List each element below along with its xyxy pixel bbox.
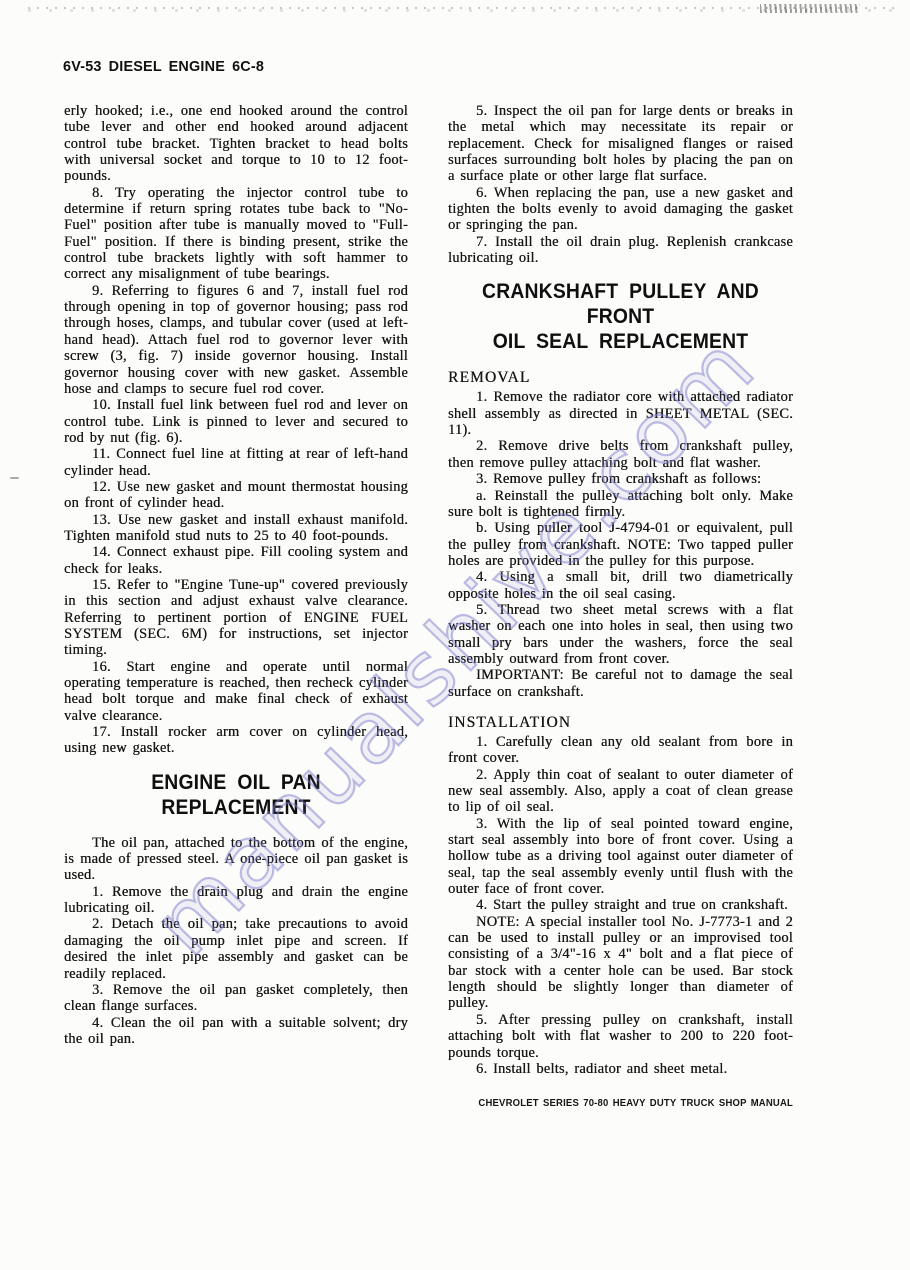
- paragraph: 15. Refer to "Engine Tune-up" covered pr…: [64, 577, 408, 659]
- paragraph: 5. After pressing pulley on crankshaft, …: [448, 1012, 793, 1061]
- paragraph: IMPORTANT: Be careful not to damage the …: [448, 667, 793, 700]
- paragraph: 13. Use new gasket and install exhaust m…: [64, 512, 408, 545]
- paragraph: 4. Using a small bit, drill two diametri…: [448, 569, 793, 602]
- paragraph: 2. Apply thin coat of sealant to outer d…: [448, 767, 793, 816]
- paragraph: 4. Start the pulley straight and true on…: [448, 897, 793, 913]
- paragraph: 12. Use new gasket and mount thermostat …: [64, 479, 408, 512]
- paragraph: 4. Clean the oil pan with a suitable sol…: [64, 1015, 408, 1048]
- paragraph: 5. Thread two sheet metal screws with a …: [448, 602, 793, 667]
- paragraph: a. Reinstall the pulley attaching bolt o…: [448, 488, 793, 521]
- paragraph: 8. Try operating the injector control tu…: [64, 185, 408, 283]
- paragraph: 14. Connect exhaust pipe. Fill cooling s…: [64, 544, 408, 577]
- section-heading-line: CRANKSHAFT PULLEY AND FRONT: [465, 279, 776, 329]
- page-footer: CHEVROLET SERIES 70-80 HEAVY DUTY TRUCK …: [465, 1098, 793, 1109]
- paragraph: 10. Install fuel link between fuel rod a…: [64, 397, 408, 446]
- paragraph: 1. Carefully clean any old sealant from …: [448, 734, 793, 767]
- scan-artifact-left-edge: [10, 477, 19, 479]
- paragraph: The oil pan, attached to the bottom of t…: [64, 835, 408, 884]
- page-header: 6V-53 DIESEL ENGINE 6C-8: [63, 58, 264, 76]
- section-heading-line: OIL SEAL REPLACEMENT: [465, 329, 776, 354]
- right-column: 5. Inspect the oil pan for large dents o…: [448, 103, 793, 1077]
- manual-page: 6V-53 DIESEL ENGINE 6C-8 erly hooked; i.…: [0, 0, 910, 1270]
- sub-heading-installation: INSTALLATION: [448, 714, 793, 731]
- paragraph: 3. With the lip of seal pointed toward e…: [448, 816, 793, 898]
- paragraph: 7. Install the oil drain plug. Replenish…: [448, 234, 793, 267]
- section-heading-engine-oil-pan: ENGINE OIL PAN REPLACEMENT: [81, 770, 391, 820]
- left-column: erly hooked; i.e., one end hooked around…: [64, 103, 408, 1047]
- paragraph: 1. Remove the drain plug and drain the e…: [64, 884, 408, 917]
- paragraph: 2. Remove drive belts from crankshaft pu…: [448, 438, 793, 471]
- paragraph: 11. Connect fuel line at fitting at rear…: [64, 446, 408, 479]
- paragraph: 1. Remove the radiator core with attache…: [448, 389, 793, 438]
- paragraph: erly hooked; i.e., one end hooked around…: [64, 103, 408, 185]
- paragraph: 6. Install belts, radiator and sheet met…: [448, 1061, 793, 1077]
- sub-heading-removal: REMOVAL: [448, 369, 793, 386]
- paragraph: 9. Referring to figures 6 and 7, install…: [64, 283, 408, 397]
- paragraph: 17. Install rocker arm cover on cylinder…: [64, 724, 408, 757]
- paragraph: 3. Remove pulley from crankshaft as foll…: [448, 471, 793, 487]
- paragraph: 16. Start engine and operate until norma…: [64, 659, 408, 724]
- section-heading-crankshaft-pulley: CRANKSHAFT PULLEY AND FRONT OIL SEAL REP…: [465, 279, 776, 354]
- paragraph: 5. Inspect the oil pan for large dents o…: [448, 103, 793, 185]
- scan-artifact-top-right: [760, 4, 860, 13]
- paragraph: b. Using puller tool J-4794-01 or equiva…: [448, 520, 793, 569]
- paragraph: 2. Detach the oil pan; take precautions …: [64, 916, 408, 981]
- paragraph: NOTE: A special installer tool No. J-777…: [448, 914, 793, 1012]
- paragraph: 6. When replacing the pan, use a new gas…: [448, 185, 793, 234]
- paragraph: 3. Remove the oil pan gasket completely,…: [64, 982, 408, 1015]
